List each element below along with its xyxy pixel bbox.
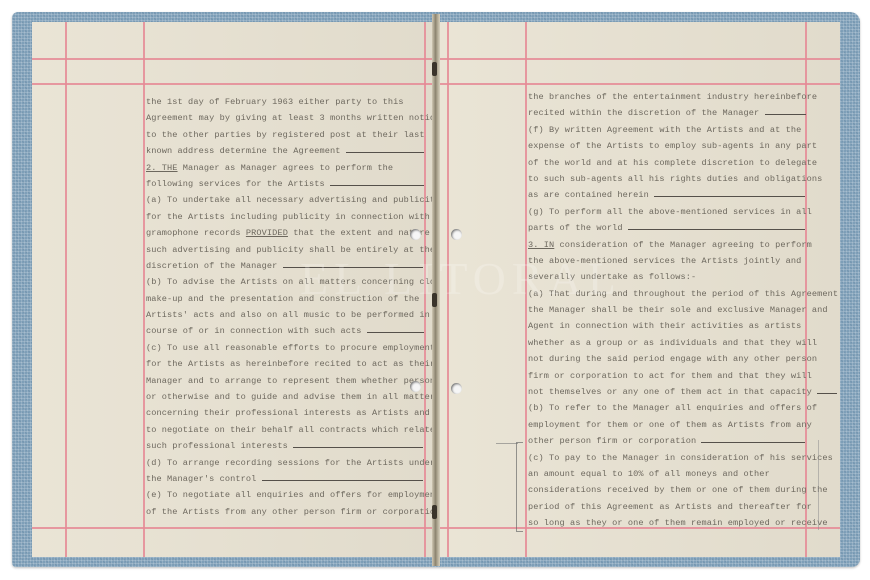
line-text: course of or in connection with such act… — [146, 326, 367, 336]
text-line: period of this Agreement as Artists and … — [528, 499, 838, 515]
line-text: firm or corporation to act for them and … — [528, 371, 812, 381]
margin-rule — [447, 22, 449, 557]
fill-line — [765, 106, 807, 115]
text-line: not themselves or any one of them act in… — [528, 384, 838, 400]
fill-line — [293, 439, 423, 448]
text-line: such advertising and publicity shall be … — [146, 242, 456, 258]
text-line: the Manager shall be their sole and excl… — [528, 302, 838, 318]
binder-spine — [432, 14, 440, 566]
text-line: following services for the Artists — [146, 176, 456, 192]
line-text: as are contained herein — [528, 190, 654, 200]
line-text: that the extent and nature of — [288, 228, 446, 238]
line-text: such advertising and publicity shall be … — [146, 245, 435, 255]
line-text: for the Artists as hereinbefore recited … — [146, 359, 435, 369]
text-line: to such sub-agents all his rights duties… — [528, 171, 838, 187]
line-text: whether as a group or as individuals and… — [528, 338, 817, 348]
line-text: (g) To perform all the above-mentioned s… — [528, 207, 812, 217]
line-text: following services for the Artists — [146, 179, 330, 189]
header-rule — [32, 83, 432, 85]
text-line: considerations received by them or one o… — [528, 482, 838, 498]
text-line: (g) To perform all the above-mentioned s… — [528, 204, 838, 220]
clause-number: 2. THE — [146, 163, 178, 173]
header-rule — [440, 58, 840, 60]
line-text: discretion of the Manager — [146, 261, 283, 271]
line-text: Artists' acts and also on all music to b… — [146, 310, 451, 320]
line-text: Agreement may by giving at least 3 month… — [146, 113, 440, 123]
pencil-mark — [496, 443, 518, 444]
text-line: (a) That during and throughout the perio… — [528, 286, 838, 302]
staple — [432, 293, 437, 307]
line-text: (a) To undertake all necessary advertisi… — [146, 195, 440, 205]
fill-line — [628, 221, 805, 230]
fill-line — [330, 177, 424, 186]
text-line: for the Artists as hereinbefore recited … — [146, 356, 456, 372]
header-rule — [32, 58, 432, 60]
line-text: (b) To refer to the Manager all enquirie… — [528, 403, 817, 413]
left-page-text: the 1st day of February 1963 either part… — [146, 94, 456, 520]
emphasis: PROVIDED — [246, 228, 288, 238]
line-text: known address determine the Agreement — [146, 146, 346, 156]
line-text: gramophone records — [146, 228, 246, 238]
line-text: employment for them or one of them as Ar… — [528, 420, 812, 430]
text-line: Agreement may by giving at least 3 month… — [146, 110, 456, 126]
line-text: to negotiate on their behalf all contrac… — [146, 425, 451, 435]
line-text: for the Artists including publicity in c… — [146, 212, 430, 222]
line-text: of the world and at his complete discret… — [528, 158, 817, 168]
line-text: (b) To advise the Artists on all matters… — [146, 277, 456, 287]
line-text: to such sub-agents all his rights duties… — [528, 174, 822, 184]
text-line: an amount equal to 10% of all moneys and… — [528, 466, 838, 482]
text-line: (b) To advise the Artists on all matters… — [146, 274, 456, 290]
clause-number: 3. IN — [528, 240, 554, 250]
text-line: (d) To arrange recording sessions for th… — [146, 455, 456, 471]
left-page: the 1st day of February 1963 either part… — [32, 22, 432, 557]
text-line: or otherwise and to guide and advise the… — [146, 389, 456, 405]
pencil-mark — [818, 440, 819, 530]
line-text: Agent in connection with their activitie… — [528, 321, 801, 331]
text-line: discretion of the Manager — [146, 258, 456, 274]
line-text: (f) By written Agreement with the Artist… — [528, 125, 801, 135]
text-line: the above-mentioned services the Artists… — [528, 253, 838, 269]
text-line: to negotiate on their behalf all contrac… — [146, 422, 456, 438]
pencil-bracket — [516, 442, 523, 532]
text-line: of the Artists from any other person fir… — [146, 504, 456, 520]
text-line: course of or in connection with such act… — [146, 323, 456, 339]
text-line: such professional interests — [146, 438, 456, 454]
line-text: an amount equal to 10% of all moneys and… — [528, 469, 770, 479]
line-text: to the other parties by registered post … — [146, 130, 425, 140]
line-text: make-up and the presentation and constru… — [146, 294, 419, 304]
fill-line — [817, 385, 837, 394]
text-line: parts of the world — [528, 220, 838, 236]
text-line: expense of the Artists to employ sub-age… — [528, 138, 838, 154]
fill-line — [654, 188, 805, 197]
text-line: (b) To refer to the Manager all enquirie… — [528, 400, 838, 416]
text-line: of the world and at his complete discret… — [528, 155, 838, 171]
text-line: other person firm or corporation — [528, 433, 838, 449]
line-text: (e) To negotiate all enquiries and offer… — [146, 490, 440, 500]
text-line: the Manager's control — [146, 471, 456, 487]
text-line: Artists' acts and also on all music to b… — [146, 307, 456, 323]
line-text: severally undertake as follows:- — [528, 272, 696, 282]
right-page: the branches of the entertainment indust… — [440, 22, 840, 557]
line-text: so long as they or one of them remain em… — [528, 518, 828, 528]
text-line: employment for them or one of them as Ar… — [528, 417, 838, 433]
line-text: expense of the Artists to employ sub-age… — [528, 141, 817, 151]
line-text: not during the said period engage with a… — [528, 354, 817, 364]
line-text: such professional interests — [146, 441, 293, 451]
text-line: 2. THE Manager as Manager agrees to perf… — [146, 160, 456, 176]
text-line: firm or corporation to act for them and … — [528, 368, 838, 384]
margin-rule — [525, 22, 527, 557]
line-text: the above-mentioned services the Artists… — [528, 256, 801, 266]
line-text: the branches of the entertainment indust… — [528, 92, 817, 102]
fill-line — [701, 434, 805, 443]
text-line: whether as a group or as individuals and… — [528, 335, 838, 351]
line-text: concerning their professional interests … — [146, 408, 430, 418]
line-text: or otherwise and to guide and advise the… — [146, 392, 440, 402]
text-line: to the other parties by registered post … — [146, 127, 456, 143]
margin-rule — [65, 22, 67, 557]
line-text: not themselves or any one of them act in… — [528, 387, 817, 397]
line-text: the Manager's control — [146, 474, 262, 484]
fill-line — [283, 259, 423, 268]
line-text: (a) That during and throughout the perio… — [528, 289, 838, 299]
text-line: not during the said period engage with a… — [528, 351, 838, 367]
fill-line — [262, 472, 423, 481]
staple — [432, 505, 437, 519]
line-text: other person firm or corporation — [528, 436, 701, 446]
line-text: (c) To pay to the Manager in considerati… — [528, 453, 833, 463]
fill-line — [367, 324, 424, 333]
text-line: known address determine the Agreement — [146, 143, 456, 159]
right-page-text: the branches of the entertainment indust… — [528, 89, 838, 532]
line-text: recited within the discretion of the Man… — [528, 108, 765, 118]
text-line: (a) To undertake all necessary advertisi… — [146, 192, 456, 208]
text-line: (f) By written Agreement with the Artist… — [528, 122, 838, 138]
punch-hole — [451, 383, 462, 394]
line-text: Manager as Manager agrees to perform the — [178, 163, 394, 173]
header-rule — [440, 83, 840, 85]
text-line: (e) To negotiate all enquiries and offer… — [146, 487, 456, 503]
staple — [432, 62, 437, 76]
text-line: the 1st day of February 1963 either part… — [146, 94, 456, 110]
line-text: considerations received by them or one o… — [528, 485, 828, 495]
line-text: of the Artists from any other person fir… — [146, 507, 456, 517]
line-text: the 1st day of February 1963 either part… — [146, 97, 404, 107]
text-line: Agent in connection with their activitie… — [528, 318, 838, 334]
punch-hole — [410, 229, 421, 240]
text-line: so long as they or one of them remain em… — [528, 515, 838, 531]
punch-hole — [410, 381, 421, 392]
text-line: the branches of the entertainment indust… — [528, 89, 838, 105]
text-line: concerning their professional interests … — [146, 405, 456, 421]
text-line: severally undertake as follows:- — [528, 269, 838, 285]
line-text: (c) To use all reasonable efforts to pro… — [146, 343, 435, 353]
line-text: period of this Agreement as Artists and … — [528, 502, 812, 512]
line-text: parts of the world — [528, 223, 628, 233]
line-text: consideration of the Manager agreeing to… — [554, 240, 812, 250]
text-line: for the Artists including publicity in c… — [146, 209, 456, 225]
punch-hole — [451, 229, 462, 240]
text-line: 3. IN consideration of the Manager agree… — [528, 237, 838, 253]
text-line: as are contained herein — [528, 187, 838, 203]
text-line: (c) To use all reasonable efforts to pro… — [146, 340, 456, 356]
text-line: (c) To pay to the Manager in considerati… — [528, 450, 838, 466]
margin-rule — [143, 22, 145, 557]
footer-rule — [32, 527, 432, 529]
fill-line — [346, 144, 424, 153]
text-line: recited within the discretion of the Man… — [528, 105, 838, 121]
line-text: (d) To arrange recording sessions for th… — [146, 458, 435, 468]
text-line: make-up and the presentation and constru… — [146, 291, 456, 307]
line-text: the Manager shall be their sole and excl… — [528, 305, 828, 315]
